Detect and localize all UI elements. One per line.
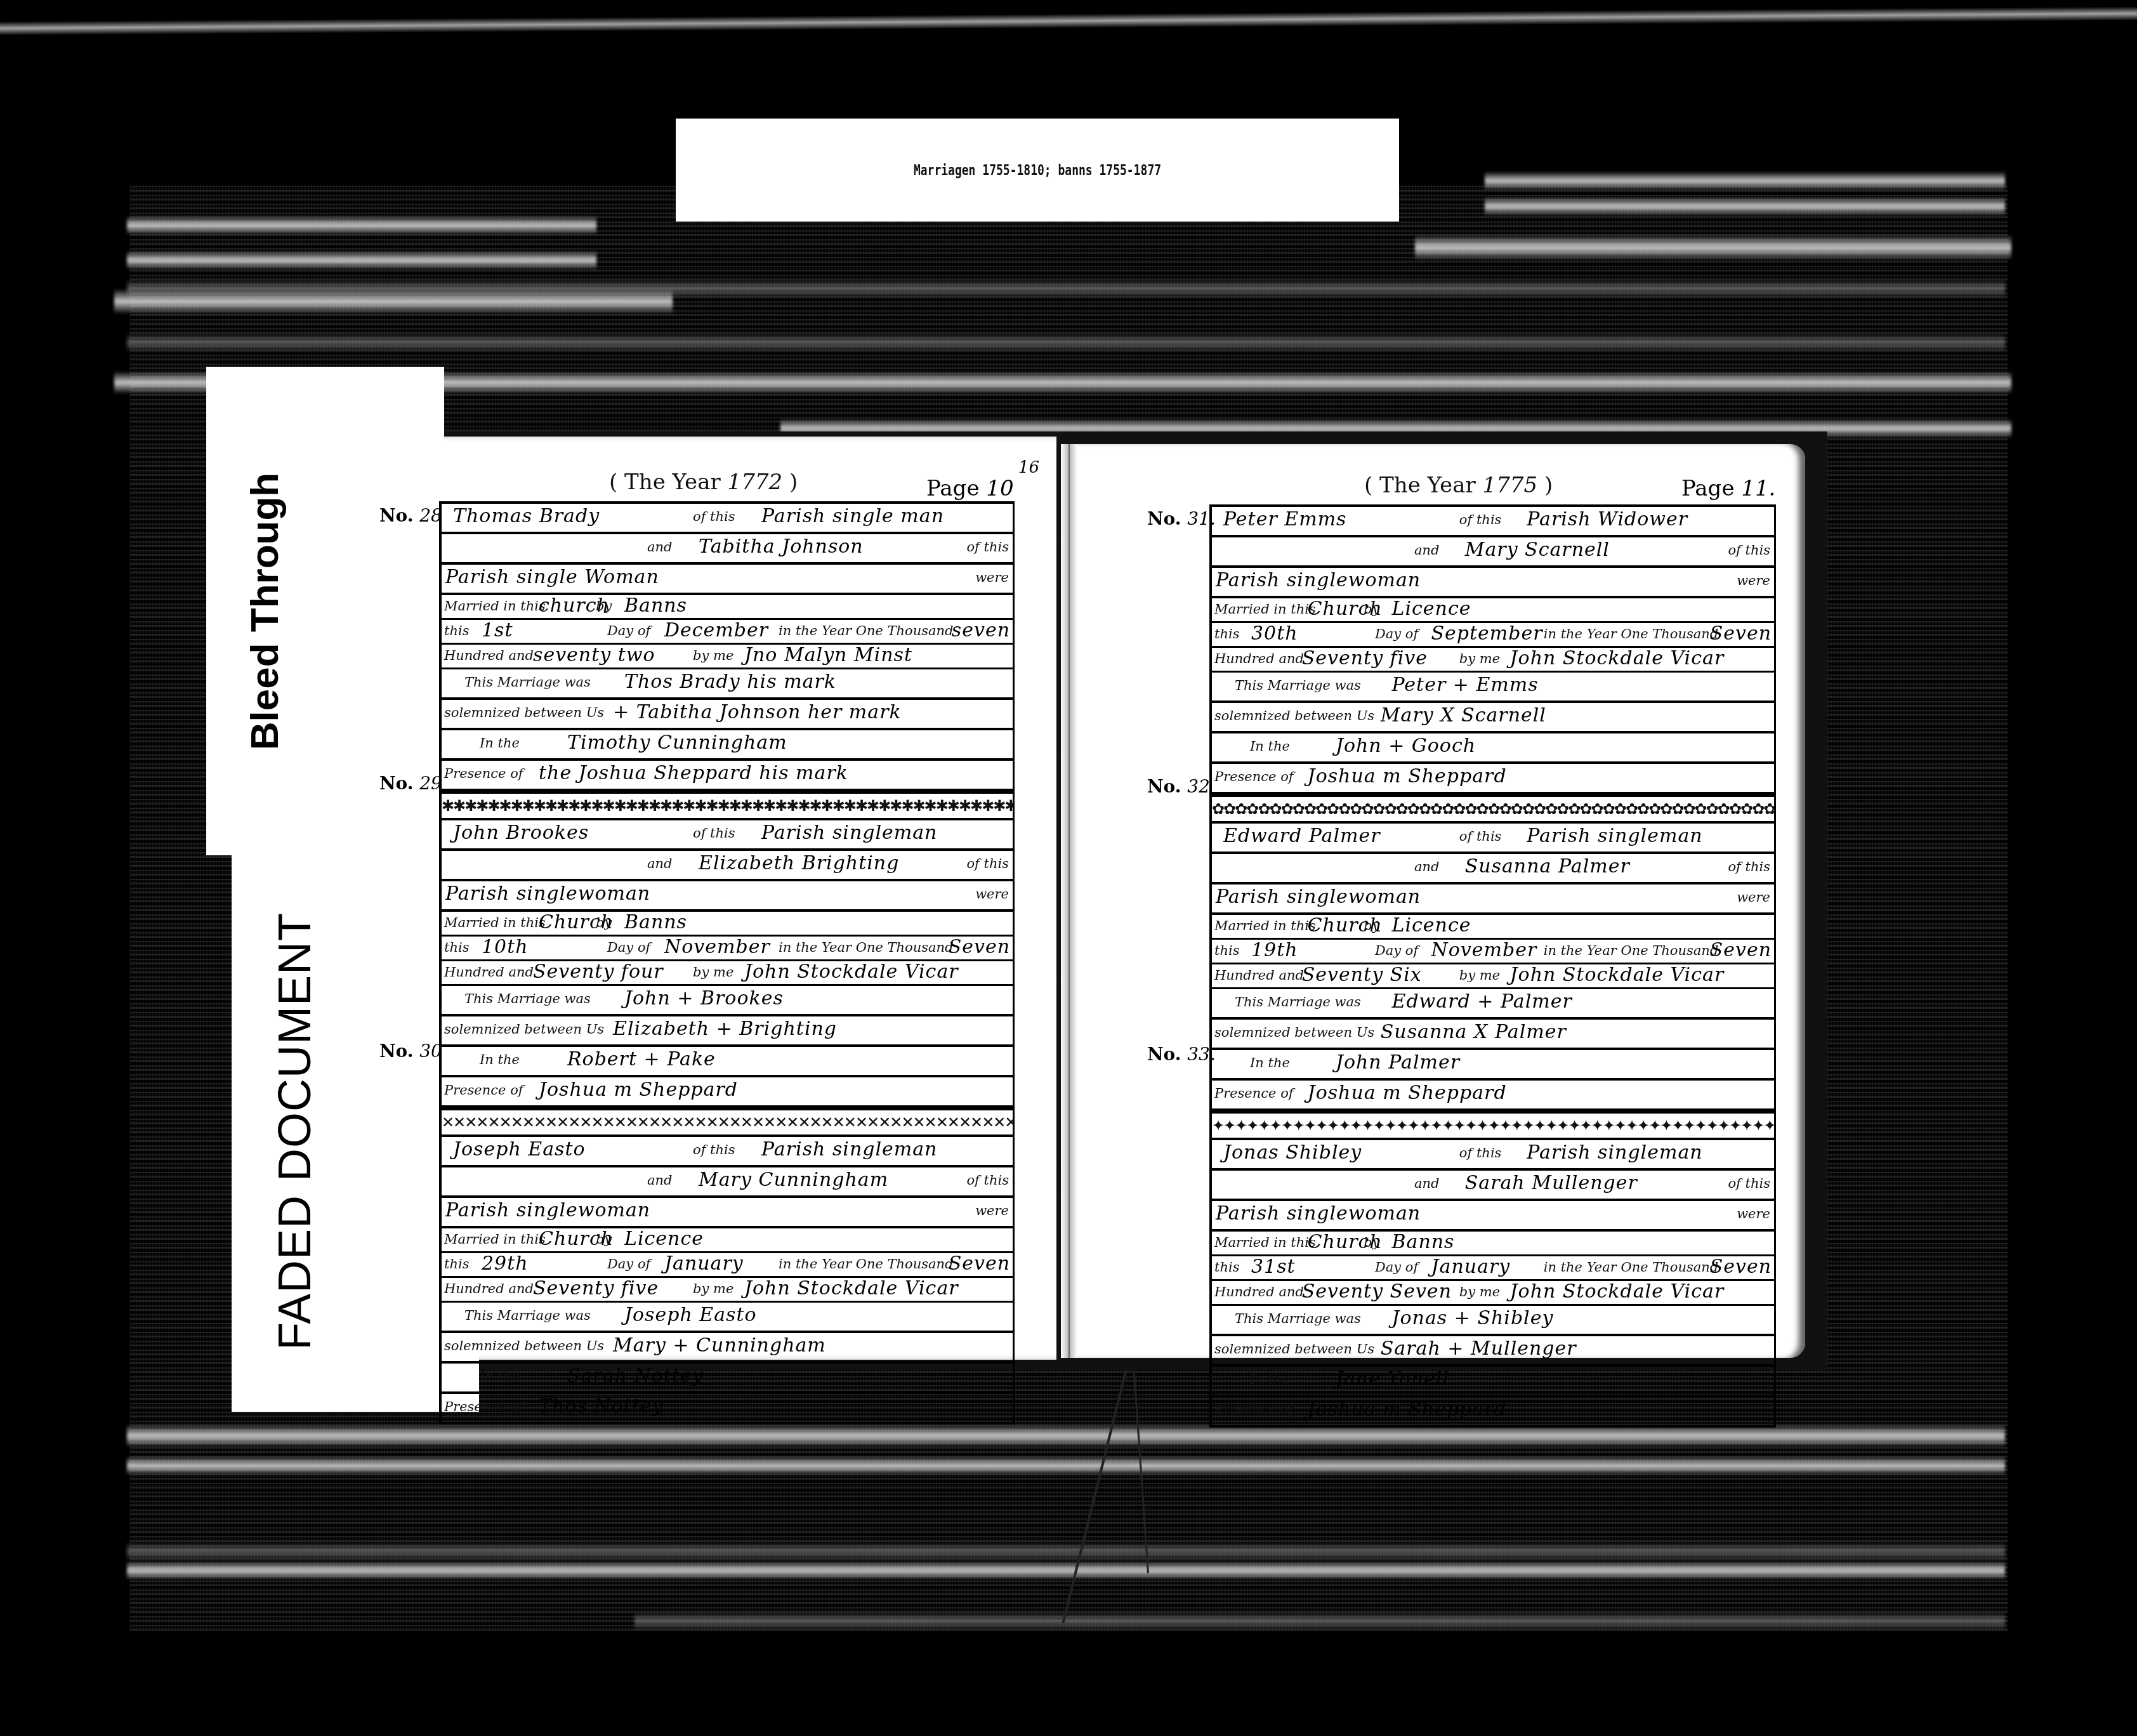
- marriage-year-words: Seventy five: [533, 1278, 659, 1299]
- by-me-label: by me: [693, 645, 733, 666]
- this-label: this: [444, 1253, 469, 1275]
- this-marriage-was-label: This Marriage was: [464, 986, 591, 1011]
- this-label: this: [1214, 1256, 1239, 1278]
- married-by: Banns: [624, 595, 687, 617]
- married-by-line: Married in this church by Banns: [442, 595, 1013, 620]
- in-the-year-label: in the Year One Thousand: [1544, 623, 1719, 645]
- in-the-year-label: in the Year One Thousand: [1544, 940, 1719, 961]
- groom-parish-status: Parish singleman: [1527, 824, 1702, 849]
- bride-status-line: Parish singlewoman were: [442, 881, 1013, 912]
- signature-bride-line: solemnized between Us + Tabitha Johnson …: [442, 700, 1013, 730]
- date-line: this 1st Day of December in the Year One…: [442, 620, 1013, 645]
- witness-1-line: In the Robert + Pake: [442, 1047, 1013, 1077]
- bride-parish-status: Parish single Woman: [445, 565, 659, 590]
- hundred-and-label: Hundred and: [1214, 964, 1304, 986]
- groom-signature: Thos Brady his mark: [624, 669, 836, 695]
- of-this-label: of this: [693, 820, 735, 846]
- hundred-and-label: Hundred and: [444, 1278, 534, 1299]
- entry-divider: ✿✿✿✿✿✿✿✿✿✿✿✿✿✿✿✿✿✿✿✿✿✿✿✿✿✿✿✿✿✿✿✿✿✿✿✿✿✿✿✿…: [1212, 794, 1774, 824]
- entry-divider: ✕✕✕✕✕✕✕✕✕✕✕✕✕✕✕✕✕✕✕✕✕✕✕✕✕✕✕✕✕✕✕✕✕✕✕✕✕✕✕✕…: [442, 1108, 1013, 1137]
- in-the-year-label: in the Year One Thousand: [779, 620, 954, 641]
- in-the-year-label: in the Year One Thousand: [779, 937, 954, 958]
- presence-of-label: Presence of: [1214, 1081, 1294, 1106]
- were-label: were: [975, 565, 1009, 590]
- century-word: Seven: [1710, 1256, 1772, 1278]
- film-band: [127, 1542, 2005, 1561]
- film-title-text: Marriagen 1755-1810; banns 1755-1877: [914, 162, 1161, 178]
- and-label: and: [1414, 854, 1440, 879]
- year-officiant-line: Hundred and seventy two by me Jno Malyn …: [442, 645, 1013, 669]
- bride-name: Mary Cunningham: [699, 1167, 888, 1193]
- this-marriage-was-label: This Marriage was: [1235, 1306, 1361, 1331]
- married-in-this-label: Married in this: [1214, 1232, 1316, 1253]
- groom-name: Edward Palmer: [1223, 824, 1381, 849]
- presence-of-label: Presence of: [1214, 1397, 1294, 1423]
- witness-2-line: Presence of Joshua m Sheppard: [1212, 1081, 1774, 1111]
- entry-divider: ✱✱✱✱✱✱✱✱✱✱✱✱✱✱✱✱✱✱✱✱✱✱✱✱✱✱✱✱✱✱✱✱✱✱✱✱✱✱✱✱…: [442, 791, 1013, 820]
- day-of-label: Day of: [607, 620, 650, 641]
- were-label: were: [1737, 568, 1770, 593]
- century-word: seven: [952, 620, 1010, 641]
- bride-status-line: Parish single Woman were: [442, 565, 1013, 595]
- witness-2: Joshua m Sheppard: [1308, 1081, 1507, 1106]
- bride-line: and Susanna Palmer of this: [1212, 854, 1774, 884]
- and-label: and: [647, 534, 673, 560]
- date-line: this 29th Day of January in the Year One…: [442, 1253, 1013, 1278]
- witness-1: Timothy Cunningham: [567, 730, 787, 756]
- entry-number: No. 30: [379, 1041, 442, 1062]
- of-this-label: of this: [966, 534, 1009, 560]
- bride-parish-status: Parish singlewoman: [1216, 1201, 1421, 1226]
- year-officiant-line: Hundred and Seventy five by me John Stoc…: [442, 1278, 1013, 1303]
- bride-line: and Elizabeth Brighting of this: [442, 851, 1013, 881]
- century-word: Seven: [1710, 623, 1772, 645]
- by-me-label: by me: [1459, 964, 1500, 986]
- this-marriage-was-label: This Marriage was: [1235, 989, 1361, 1015]
- presence-of-label: Presence of: [444, 761, 523, 786]
- right-page-year: 1775: [1483, 473, 1538, 498]
- witness-2: Joshua m Sheppard: [1308, 764, 1507, 789]
- groom-line: Thomas Brady of this Parish single man: [442, 504, 1013, 534]
- witness-1-line: In the Jane Yonell: [1212, 1367, 1774, 1397]
- groom-line: John Brookes of this Parish singleman: [442, 820, 1013, 851]
- solemnized-label: solemnized between Us: [444, 700, 604, 725]
- witness-2-line: Presence of Thos Nottey: [442, 1394, 1013, 1424]
- presence-of-label: Presence of: [444, 1394, 523, 1419]
- date-line: this 19th Day of November in the Year On…: [1212, 940, 1774, 964]
- register-entry: John Brookes of this Parish singleman an…: [442, 820, 1013, 1108]
- signature-bride-line: solemnized between Us Elizabeth + Bright…: [442, 1016, 1013, 1047]
- marriage-year-words: seventy two: [533, 645, 655, 666]
- by-me-label: by me: [1459, 1281, 1500, 1303]
- this-marriage-was-label: This Marriage was: [1235, 673, 1361, 698]
- groom-signature: Edward + Palmer: [1392, 989, 1572, 1015]
- married-by: Licence: [1392, 598, 1471, 620]
- register-entry: Joseph Easto of this Parish singleman an…: [442, 1137, 1013, 1424]
- of-this-label: of this: [966, 1167, 1009, 1193]
- faded-document-text: FADED DOCUMENT: [269, 912, 321, 1350]
- by-label: by: [596, 1228, 612, 1250]
- this-marriage-was-label: This Marriage was: [464, 1303, 591, 1328]
- and-label: and: [1414, 1171, 1440, 1196]
- married-by: Banns: [1392, 1232, 1455, 1253]
- signature-groom-line: This Marriage was John + Brookes: [442, 986, 1013, 1016]
- of-this-label: of this: [693, 504, 735, 529]
- presence-of-label: Presence of: [444, 1077, 523, 1103]
- solemnized-label: solemnized between Us: [1214, 1336, 1374, 1362]
- marriage-year-words: Seventy Seven: [1302, 1281, 1452, 1303]
- witness-1: John Palmer: [1336, 1050, 1460, 1075]
- film-scratch: [0, 6, 2137, 36]
- film-title-label: Marriagen 1755-1810; banns 1755-1877: [676, 119, 1399, 222]
- presence-of-label: Presence of: [1214, 764, 1294, 789]
- century-word: Seven: [1710, 940, 1772, 961]
- marriage-day: 29th: [482, 1253, 529, 1275]
- century-word: Seven: [949, 1253, 1010, 1275]
- by-label: by: [1364, 915, 1379, 937]
- film-band: [127, 216, 596, 235]
- by-label: by: [1364, 598, 1379, 620]
- and-label: and: [647, 1167, 673, 1193]
- bride-parish-status: Parish singlewoman: [1216, 884, 1421, 910]
- witness-1-line: In the John + Gooch: [1212, 733, 1774, 764]
- of-this-label: of this: [1459, 507, 1502, 532]
- left-register-table: Thomas Brady of this Parish single man a…: [439, 501, 1015, 1424]
- entry-number: No. 28: [379, 505, 442, 526]
- were-label: were: [1737, 1201, 1770, 1226]
- entry-number: No. 29: [379, 773, 442, 794]
- were-label: were: [975, 881, 1009, 907]
- groom-name: John Brookes: [453, 820, 589, 846]
- witness-2: the Joshua Sheppard his mark: [539, 761, 848, 786]
- left-page-annotation: 16: [1018, 458, 1039, 477]
- groom-line: Peter Emms of this Parish Widower: [1212, 507, 1774, 537]
- married-by-line: Married in this Church by Licence: [442, 1228, 1013, 1253]
- bride-line: and Tabitha Johnson of this: [442, 534, 1013, 565]
- bride-name: Sarah Mullenger: [1465, 1171, 1638, 1196]
- film-band: [127, 1561, 2005, 1580]
- bride-name: Tabitha Johnson: [699, 534, 864, 560]
- film-band: [127, 1424, 2005, 1447]
- this-label: this: [1214, 623, 1239, 645]
- were-label: were: [975, 1198, 1009, 1223]
- register-entry: Edward Palmer of this Parish singleman a…: [1212, 824, 1774, 1111]
- entry-number: No. 33.: [1147, 1044, 1216, 1065]
- hundred-and-label: Hundred and: [1214, 1281, 1304, 1303]
- right-register-table: Peter Emms of this Parish Widower and Ma…: [1209, 504, 1776, 1428]
- right-page-number: Page 11.: [1681, 476, 1775, 501]
- this-label: this: [1214, 940, 1239, 961]
- of-this-label: of this: [1728, 1171, 1770, 1196]
- groom-name: Joseph Easto: [453, 1137, 586, 1162]
- officiant: John Stockdale Vicar: [1510, 964, 1725, 986]
- married-in-this-label: Married in this: [1214, 598, 1316, 620]
- in-the-label: In the: [1250, 733, 1290, 759]
- groom-signature: Joseph Easto: [624, 1303, 757, 1328]
- officiant: Jno Malyn Minst: [744, 645, 912, 666]
- witness-1-line: In the Sarah Nottey: [442, 1364, 1013, 1394]
- marriage-month: November: [664, 937, 770, 958]
- signature-bride-line: solemnized between Us Mary X Scarnell: [1212, 703, 1774, 733]
- day-of-label: Day of: [607, 1253, 650, 1275]
- married-in-this-label: Married in this: [444, 1228, 546, 1250]
- groom-line: Joseph Easto of this Parish singleman: [442, 1137, 1013, 1167]
- bride-signature: Mary X Scarnell: [1381, 703, 1546, 728]
- in-the-label: In the: [480, 1364, 520, 1389]
- bride-signature: Sarah + Mullenger: [1381, 1336, 1577, 1362]
- film-band: [1485, 197, 2005, 216]
- register-entry: Thomas Brady of this Parish single man a…: [442, 501, 1013, 791]
- married-by-line: Married in this Church by Banns: [442, 912, 1013, 937]
- film-band: [127, 333, 2005, 352]
- this-label: this: [444, 620, 469, 641]
- bride-status-line: Parish singlewoman were: [1212, 568, 1774, 598]
- left-page-year-heading: ( The Year 1772 ): [609, 470, 798, 495]
- film-band: [127, 251, 596, 270]
- marriage-year-words: Seventy four: [533, 961, 664, 983]
- bride-line: and Sarah Mullenger of this: [1212, 1171, 1774, 1201]
- bride-parish-status: Parish singlewoman: [445, 1198, 650, 1223]
- of-this-label: of this: [1728, 854, 1770, 879]
- bride-parish-status: Parish singlewoman: [445, 881, 650, 907]
- film-band: [1485, 171, 2005, 190]
- groom-name: Jonas Shibley: [1223, 1140, 1362, 1166]
- by-label: by: [1364, 1232, 1379, 1253]
- witness-1-line: In the Timothy Cunningham: [442, 730, 1013, 761]
- entry-number: No. 31.: [1147, 508, 1216, 529]
- bride-signature: + Tabitha Johnson her mark: [613, 700, 902, 725]
- bride-signature: Susanna X Palmer: [1381, 1020, 1567, 1045]
- solemnized-label: solemnized between Us: [1214, 703, 1374, 728]
- year-officiant-line: Hundred and Seventy five by me John Stoc…: [1212, 648, 1774, 673]
- marriage-day: 31st: [1251, 1256, 1296, 1278]
- signature-groom-line: This Marriage was Joseph Easto: [442, 1303, 1013, 1333]
- marriage-day: 1st: [482, 620, 513, 641]
- marriage-month: September: [1431, 623, 1543, 645]
- in-the-label: In the: [480, 730, 520, 756]
- officiant: John Stockdale Vicar: [744, 1278, 959, 1299]
- right-page-year-heading: ( The Year 1775 ): [1364, 473, 1553, 498]
- left-page-number: Page 10: [926, 476, 1014, 501]
- marriage-month: November: [1431, 940, 1537, 961]
- groom-signature: Peter + Emms: [1392, 673, 1539, 698]
- in-the-label: In the: [1250, 1367, 1290, 1392]
- bride-status-line: Parish singlewoman were: [442, 1198, 1013, 1228]
- century-word: Seven: [949, 937, 1010, 958]
- marriage-day: 10th: [482, 937, 529, 958]
- marriage-year-words: Seventy Six: [1302, 964, 1422, 986]
- witness-2: Joshua m Sheppard: [539, 1077, 738, 1103]
- signature-groom-line: This Marriage was Edward + Palmer: [1212, 989, 1774, 1020]
- solemnized-label: solemnized between Us: [1214, 1020, 1374, 1045]
- bride-name: Mary Scarnell: [1465, 537, 1610, 563]
- witness-2-line: Presence of Joshua m Sheppard: [442, 1077, 1013, 1108]
- this-marriage-was-label: This Marriage was: [464, 669, 591, 695]
- bride-signature: Mary + Cunningham: [613, 1333, 826, 1358]
- by-label: by: [596, 595, 612, 617]
- groom-parish-status: Parish Widower: [1527, 507, 1688, 532]
- married-in-this-label: Married in this: [1214, 915, 1316, 937]
- date-line: this 30th Day of September in the Year O…: [1212, 623, 1774, 648]
- of-this-label: of this: [1459, 1140, 1502, 1166]
- in-the-year-label: in the Year One Thousand: [1544, 1256, 1719, 1278]
- witness-2: Thos Nottey: [539, 1394, 663, 1419]
- signature-groom-line: This Marriage was Thos Brady his mark: [442, 669, 1013, 700]
- bride-status-line: Parish singlewoman were: [1212, 884, 1774, 915]
- officiant: John Stockdale Vicar: [744, 961, 959, 983]
- groom-parish-status: Parish singleman: [761, 1137, 937, 1162]
- bride-parish-status: Parish singlewoman: [1216, 568, 1421, 593]
- groom-line: Edward Palmer of this Parish singleman: [1212, 824, 1774, 854]
- register-entry: Jonas Shibley of this Parish singleman a…: [1212, 1140, 1774, 1428]
- year-officiant-line: Hundred and Seventy Seven by me John Sto…: [1212, 1281, 1774, 1306]
- by-me-label: by me: [1459, 648, 1500, 669]
- left-page-year: 1772: [728, 470, 783, 495]
- entry-divider: ✦✦✦✦✦✦✦✦✦✦✦✦✦✦✦✦✦✦✦✦✦✦✦✦✦✦✦✦✦✦✦✦✦✦✦✦✦✦✦✦…: [1212, 1111, 1774, 1140]
- by-label: by: [596, 912, 612, 933]
- marriage-month: January: [1431, 1256, 1511, 1278]
- witness-2-line: Presence of Joshua m Sheppard: [1212, 1397, 1774, 1428]
- bride-name: Elizabeth Brighting: [699, 851, 899, 876]
- were-label: were: [1737, 884, 1770, 910]
- this-label: this: [444, 937, 469, 958]
- by-me-label: by me: [693, 1278, 733, 1299]
- year-officiant-line: Hundred and Seventy Six by me John Stock…: [1212, 964, 1774, 989]
- witness-1: Sarah Nottey: [567, 1364, 704, 1389]
- witness-1: Robert + Pake: [567, 1047, 716, 1072]
- witness-2-line: Presence of Joshua m Sheppard: [1212, 764, 1774, 794]
- hundred-and-label: Hundred and: [444, 961, 534, 983]
- film-band: [127, 1456, 2005, 1475]
- groom-name: Thomas Brady: [453, 504, 600, 529]
- bride-line: and Mary Cunningham of this: [442, 1167, 1013, 1198]
- groom-parish-status: Parish single man: [761, 504, 944, 529]
- by-me-label: by me: [693, 961, 733, 983]
- groom-parish-status: Parish singleman: [761, 820, 937, 846]
- book-gutter: [1061, 444, 1077, 1358]
- in-the-label: In the: [1250, 1050, 1290, 1075]
- married-in-this-label: Married in this: [444, 595, 546, 617]
- and-label: and: [647, 851, 673, 876]
- of-this-label: of this: [966, 851, 1009, 876]
- and-label: and: [1414, 537, 1440, 563]
- day-of-label: Day of: [607, 937, 650, 958]
- marriage-month: December: [664, 620, 768, 641]
- film-band: [635, 1612, 2005, 1631]
- marriage-year-words: Seventy five: [1302, 648, 1428, 669]
- day-of-label: Day of: [1375, 623, 1418, 645]
- signature-groom-line: This Marriage was Jonas + Shibley: [1212, 1306, 1774, 1336]
- signature-bride-line: solemnized between Us Mary + Cunningham: [442, 1333, 1013, 1364]
- date-line: this 31st Day of January in the Year One…: [1212, 1256, 1774, 1281]
- date-line: this 10th Day of November in the Year On…: [442, 937, 1013, 961]
- groom-name: Peter Emms: [1223, 507, 1346, 532]
- marriage-month: January: [664, 1253, 744, 1275]
- witness-1: John + Gooch: [1336, 733, 1476, 759]
- hundred-and-label: Hundred and: [1214, 648, 1304, 669]
- witness-1: Jane Yonell: [1336, 1367, 1449, 1392]
- groom-signature: Jonas + Shibley: [1392, 1306, 1554, 1331]
- in-the-year-label: in the Year One Thousand: [779, 1253, 954, 1275]
- bride-signature: Elizabeth + Brighting: [613, 1016, 837, 1042]
- married-by: Banns: [624, 912, 687, 933]
- signature-bride-line: solemnized between Us Susanna X Palmer: [1212, 1020, 1774, 1050]
- in-the-label: In the: [480, 1047, 520, 1072]
- bride-name: Susanna Palmer: [1465, 854, 1630, 879]
- groom-parish-status: Parish singleman: [1527, 1140, 1702, 1166]
- witness-2: Joshua m Sheppard: [1308, 1397, 1507, 1423]
- marriage-day: 30th: [1251, 623, 1298, 645]
- of-this-label: of this: [693, 1137, 735, 1162]
- register-entry: Peter Emms of this Parish Widower and Ma…: [1212, 504, 1774, 794]
- groom-signature: John + Brookes: [624, 986, 784, 1011]
- officiant: John Stockdale Vicar: [1510, 1281, 1725, 1303]
- signature-groom-line: This Marriage was Peter + Emms: [1212, 673, 1774, 703]
- day-of-label: Day of: [1375, 1256, 1418, 1278]
- officiant: John Stockdale Vicar: [1510, 648, 1725, 669]
- married-by-line: Married in this Church by Licence: [1212, 915, 1774, 940]
- film-band: [127, 279, 2005, 298]
- bride-status-line: Parish singlewoman were: [1212, 1201, 1774, 1232]
- groom-line: Jonas Shibley of this Parish singleman: [1212, 1140, 1774, 1171]
- bleed-through-text: Bleed Through: [242, 472, 287, 749]
- witness-1-line: In the John Palmer: [1212, 1050, 1774, 1081]
- witness-2-line: Presence of the Joshua Sheppard his mark: [442, 761, 1013, 791]
- married-by-line: Married in this Church by Banns: [1212, 1232, 1774, 1256]
- signature-bride-line: solemnized between Us Sarah + Mullenger: [1212, 1336, 1774, 1367]
- film-band: [1415, 235, 2011, 260]
- married-by: Licence: [1392, 915, 1471, 937]
- solemnized-label: solemnized between Us: [444, 1333, 604, 1358]
- of-this-label: of this: [1459, 824, 1502, 849]
- solemnized-label: solemnized between Us: [444, 1016, 604, 1042]
- day-of-label: Day of: [1375, 940, 1418, 961]
- year-officiant-line: Hundred and Seventy four by me John Stoc…: [442, 961, 1013, 986]
- bride-line: and Mary Scarnell of this: [1212, 537, 1774, 568]
- hundred-and-label: Hundred and: [444, 645, 534, 666]
- entry-number: No. 32: [1147, 776, 1210, 797]
- married-by-line: Married in this Church by Licence: [1212, 598, 1774, 623]
- of-this-label: of this: [1728, 537, 1770, 563]
- marriage-day: 19th: [1251, 940, 1298, 961]
- married-by: Licence: [624, 1228, 704, 1250]
- married-in-this-label: Married in this: [444, 912, 546, 933]
